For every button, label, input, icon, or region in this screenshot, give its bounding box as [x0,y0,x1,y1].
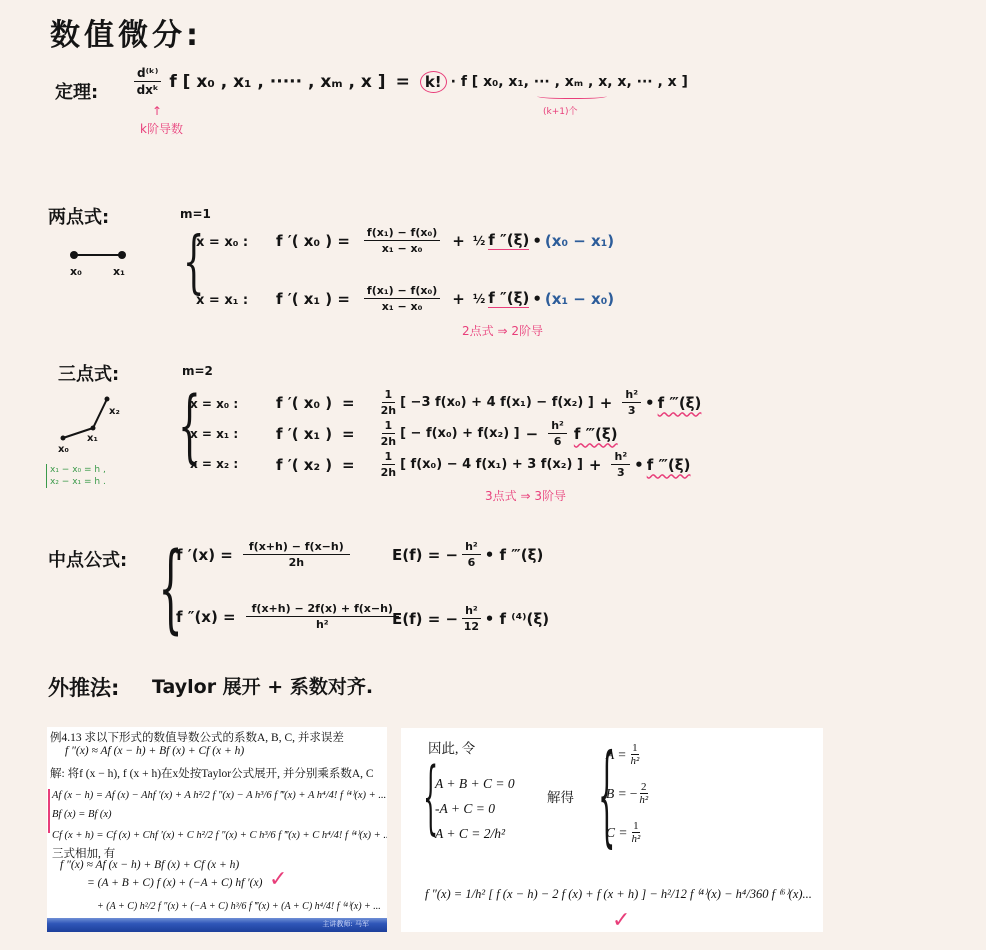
arrow-up-icon: ↑ [152,104,162,118]
extrapolation-text: Taylor 展开 + 系数对齐. [152,672,373,699]
error-term: f ″(ξ) [488,289,529,308]
three-point-cond-2: x = x₂ : [190,457,238,471]
two-point-label: 两点式: [48,203,109,229]
expansion-a: Af (x − h) = Af (x) − Ahf ′(x) + A h²/2 … [52,789,386,801]
count-note: (k+1)个 [543,104,578,117]
k-factorial: k! [420,71,447,93]
expansion-b: Bf (x) = Bf (x) [52,809,112,820]
two-point-formula-0: f ′( x₀ ) = f(x₁) − f(x₀) x₁ − x₀ + ½ f … [276,226,614,255]
sum-line-2: + (A + C) h²/2 f ″(x) + (−A + C) h³/6 f … [97,901,381,912]
node-x1: x₁ [113,265,125,278]
derivative-operator: d⁽ᵏ⁾ dxᵏ [134,66,161,97]
error-term: f ″(ξ) [488,231,529,250]
theorem-label: 定理: [55,78,98,104]
midpoint-formula-0: f ′(x) = f(x+h) − f(x−h)2h [176,540,354,569]
three-point-note: 3点式 ⇒ 3阶导 [485,487,566,504]
two-point-cond-0: x = x₀ : [196,235,248,250]
error-term: f ‴(ξ) [647,456,691,474]
solve-label: 解得 [547,786,574,806]
check-mark-icon: ✓ [269,867,287,892]
node-x0: x₀ [58,444,69,455]
check-mark-icon: ✓ [612,908,630,933]
three-point-formula-1: f ′( x₁ ) = 12h [ − f(x₀) + f(x₂) ] − h²… [276,419,618,448]
footer-text: 主讲教师: 马军 [322,919,369,929]
midpoint-label: 中点公式: [48,546,127,572]
error-term: f ‴(ξ) [658,394,702,412]
three-point-label: 三点式: [58,360,119,386]
solution-c: C = 1h² [606,820,641,845]
highlight-bar [48,789,50,833]
final-result-formula: f ″(x) = 1/h² [ f (x − h) − 2 f (x) + f … [425,886,812,902]
system-eq-2: A + C = 2/h² [435,826,505,842]
node-x0: x₀ [70,265,82,278]
node-x2: x₂ [109,406,120,417]
error-factor: (x₁ − x₀) [545,290,614,308]
spacing-conditions: x₁ − x₀ = h , x₂ − x₁ = h . [46,464,106,488]
divided-difference-lhs: f [ x₀ , x₁ , ····· , xₘ , x ] [169,72,385,92]
example-title: 例4.13 求以下形式的数值导数公式的系数A, B, C, 并求误差 [50,729,344,745]
three-point-formula-2: f ′( x₂ ) = 12h [ f(x₀) − 4 f(x₁) + 3 f(… [276,450,691,479]
three-node-diagram-icon [55,393,115,445]
solution-a: A = 1h² [606,742,640,767]
example-form: f ″(x) ≈ Af (x − h) + Bf (x) + Cf (x + h… [65,745,244,757]
error-term: f ‴(ξ) [574,425,618,443]
sum-line-1: = (A + B + C) f (x) + (−A + C) hf ′(x) [87,877,262,889]
textbook-solution-image: 因此, 令 { A + B + C = 0 -A + C = 0 A + C =… [401,728,823,932]
midpoint-error-0: E(f) = − h²6 • f ‴(ξ) [392,540,543,569]
three-point-cond-1: x = x₁ : [190,427,238,441]
two-point-m: m=1 [180,207,211,221]
two-point-formula-1: f ′( x₁ ) = f(x₁) − f(x₀) x₁ − x₀ + ½ f … [276,284,614,313]
slide-footer-bar: 主讲教师: 马军 [47,918,387,932]
k-order-note: k阶导数 [140,120,183,137]
expansion-c: Cf (x + h) = Cf (x) + Chf ′(x) + C h²/2 … [52,829,387,841]
sum-line-0: f ″(x) ≈ Af (x − h) + Bf (x) + Cf (x + h… [60,859,239,871]
system-eq-0: A + B + C = 0 [435,776,515,792]
three-point-m: m=2 [182,364,213,378]
solution-intro: 解: 将f (x − h), f (x + h)在x处按Taylor公式展开, … [50,765,374,781]
node-x1: x₁ [87,433,98,444]
two-node-diagram-icon [68,248,128,262]
divided-difference-rhs: · f [ x₀, x₁, ··· , xₘ , x, x, ··· , x ] [451,74,688,90]
extrapolation-label: 外推法: [48,672,119,702]
textbook-example-image: 例4.13 求以下形式的数值导数公式的系数A, B, C, 并求误差 f ″(x… [47,727,387,932]
system-eq-1: -A + C = 0 [435,801,495,817]
three-point-formula-0: f ′( x₀ ) = 12h [ −3 f(x₀) + 4 f(x₁) − f… [276,388,701,417]
midpoint-formula-1: f ″(x) = f(x+h) − 2f(x) + f(x−h)h² [176,602,403,631]
midpoint-error-1: E(f) = − h²12 • f ⁽⁴⁾(ξ) [392,604,549,633]
three-point-cond-0: x = x₀ : [190,397,238,411]
solution-b: B = − 2h² [606,781,649,806]
two-point-note: 2点式 ⇒ 2阶导 [462,322,543,339]
page-title: 数值微分: [50,10,202,54]
equals-sign: = [396,72,410,92]
error-factor: (x₀ − x₁) [545,232,614,250]
two-point-cond-1: x = x₁ : [196,293,248,308]
brace-underline-icon [537,92,607,99]
